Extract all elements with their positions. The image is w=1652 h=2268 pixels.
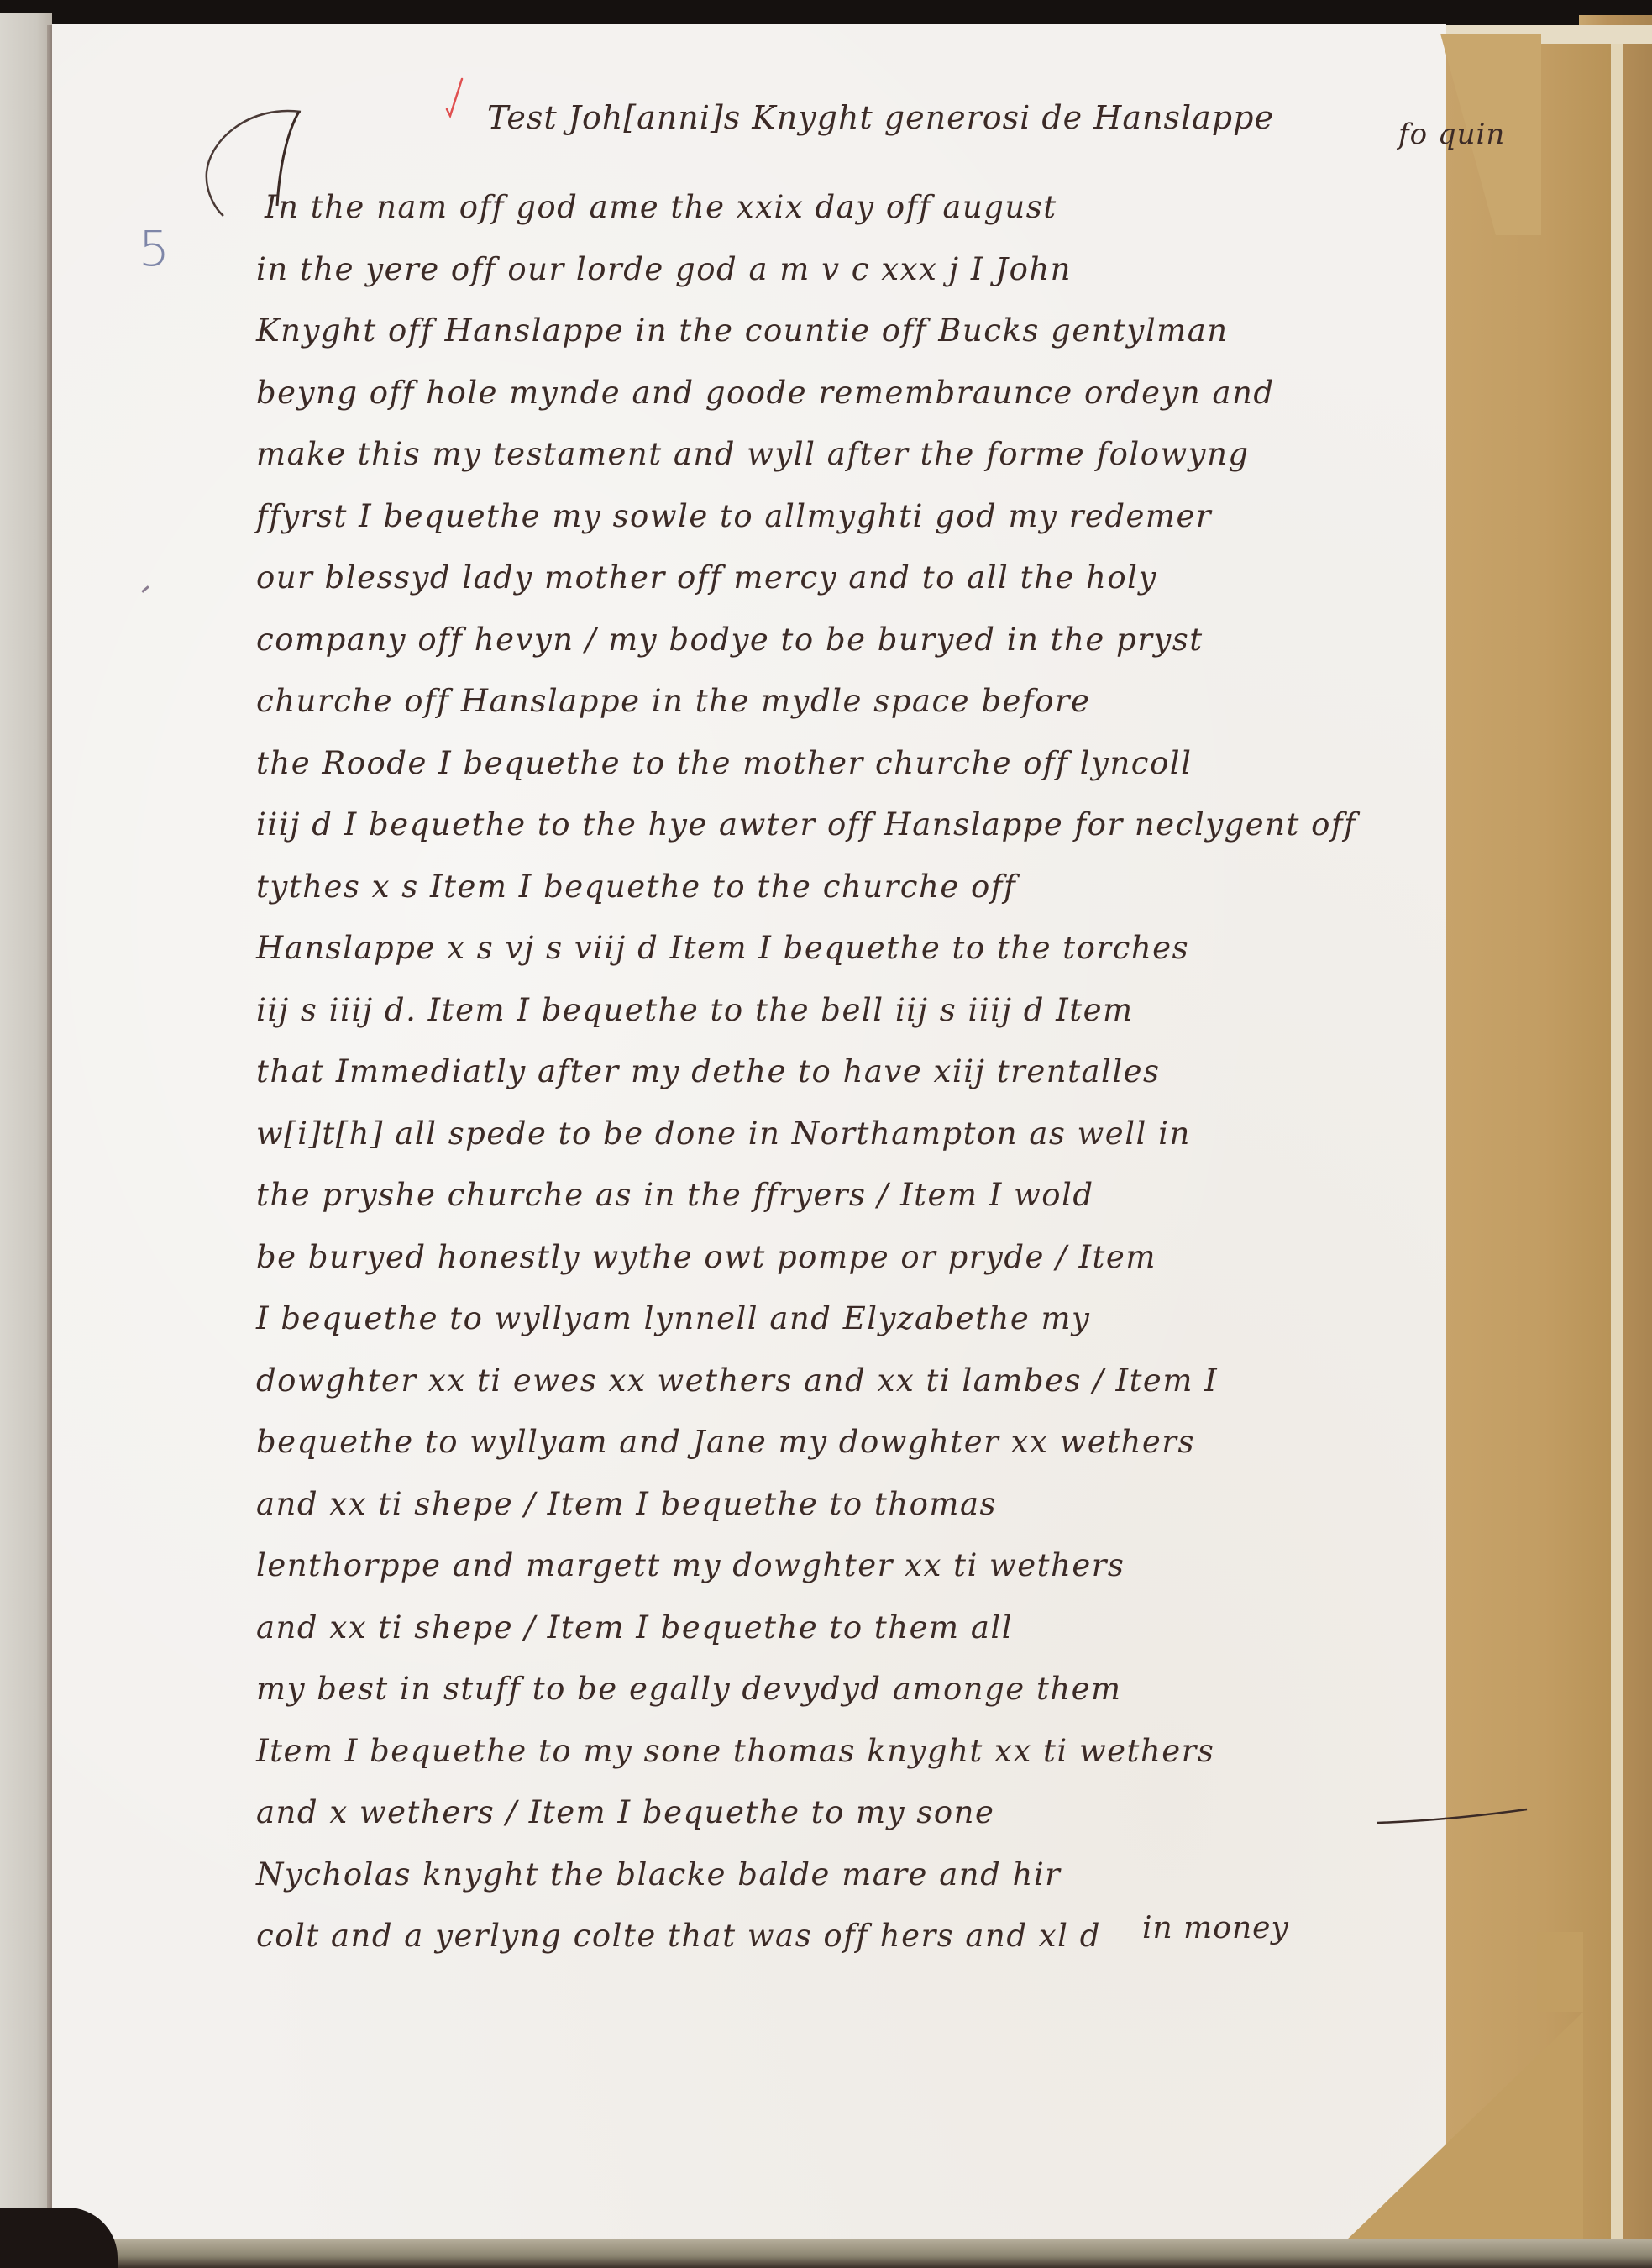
text-line: tythes x s Item I bequethe to the church…	[256, 856, 1499, 918]
text-line: my best in stuff to be egally devydyd am…	[256, 1658, 1499, 1720]
text-line: lenthorppe and margett my dowghter xx ti…	[256, 1535, 1499, 1597]
text-line: w[i]t[h] all spede to be done in Northam…	[256, 1103, 1499, 1165]
text-line: make this my testament and wyll after th…	[256, 423, 1499, 486]
facing-page-edge	[0, 13, 52, 2239]
text-line: in the yere off our lorde god a m v c xx…	[256, 239, 1499, 301]
text-line: churche off Hanslappe in the mydle space…	[256, 670, 1499, 732]
text-line: I bequethe to wyllyam lynnell and Elyzab…	[256, 1288, 1499, 1350]
text-line: be buryed honestly wythe owt pompe or pr…	[256, 1226, 1499, 1289]
leaf-bottom-edge	[0, 2239, 1652, 2268]
text-line: that Immediatly after my dethe to have x…	[256, 1041, 1499, 1103]
text-line: dowghter xx ti ewes xx wethers and xx ti…	[256, 1350, 1499, 1412]
text-line: and x wethers / Item I bequethe to my so…	[256, 1782, 1499, 1844]
text-line: the Roode I bequethe to the mother churc…	[256, 732, 1499, 795]
text-line: In the nam off god ame the xxix day off …	[256, 176, 1499, 239]
text-line: Nycholas knyght the blacke balde mare an…	[256, 1844, 1499, 1906]
folio-number: 5	[139, 220, 170, 277]
text-line: company off hevyn / my bodye to be burye…	[256, 609, 1499, 671]
text-line: Item I bequethe to my sone thomas knyght…	[256, 1720, 1499, 1782]
binding-light-strip	[1611, 25, 1623, 2268]
text-line: colt and a yerlyng colte that was off he…	[256, 1905, 1499, 1967]
document-heading: Test Joh[anni]s Knyght generosi de Hansl…	[487, 99, 1274, 136]
paper-repair-block	[1537, 1932, 1583, 2012]
text-line: bequethe to wyllyam and Jane my dowghter…	[256, 1411, 1499, 1473]
text-line: iij s iiij d. Item I bequethe to the bel…	[256, 979, 1499, 1042]
text-line: our blessyd lady mother off mercy and to…	[256, 547, 1499, 609]
text-line: the pryshe churche as in the ffryers / I…	[256, 1164, 1499, 1226]
text-line: iiij d I bequethe to the hye awter off H…	[256, 794, 1499, 856]
text-line: and xx ti shepe / Item I bequethe to tho…	[256, 1473, 1499, 1536]
text-line: ffyrst I bequethe my sowle to allmyghti …	[256, 486, 1499, 548]
folio-reference-note: fo quin	[1398, 118, 1505, 151]
line-end-flourish-icon	[1377, 1798, 1529, 1831]
text-line: Knyght off Hanslappe in the countie off …	[256, 300, 1499, 362]
will-text-body: In the nam off god ame the xxix day off …	[256, 176, 1499, 1967]
text-line: Hanslappe x s vj s viij d Item I bequeth…	[256, 917, 1499, 979]
gutter-shadow	[47, 25, 52, 2234]
closing-note: in money	[1142, 1911, 1289, 1945]
text-line: and xx ti shepe / Item I bequethe to the…	[256, 1597, 1499, 1659]
text-line: beyng off hole mynde and goode remembrau…	[256, 362, 1499, 424]
red-check-mark-icon	[445, 77, 464, 119]
